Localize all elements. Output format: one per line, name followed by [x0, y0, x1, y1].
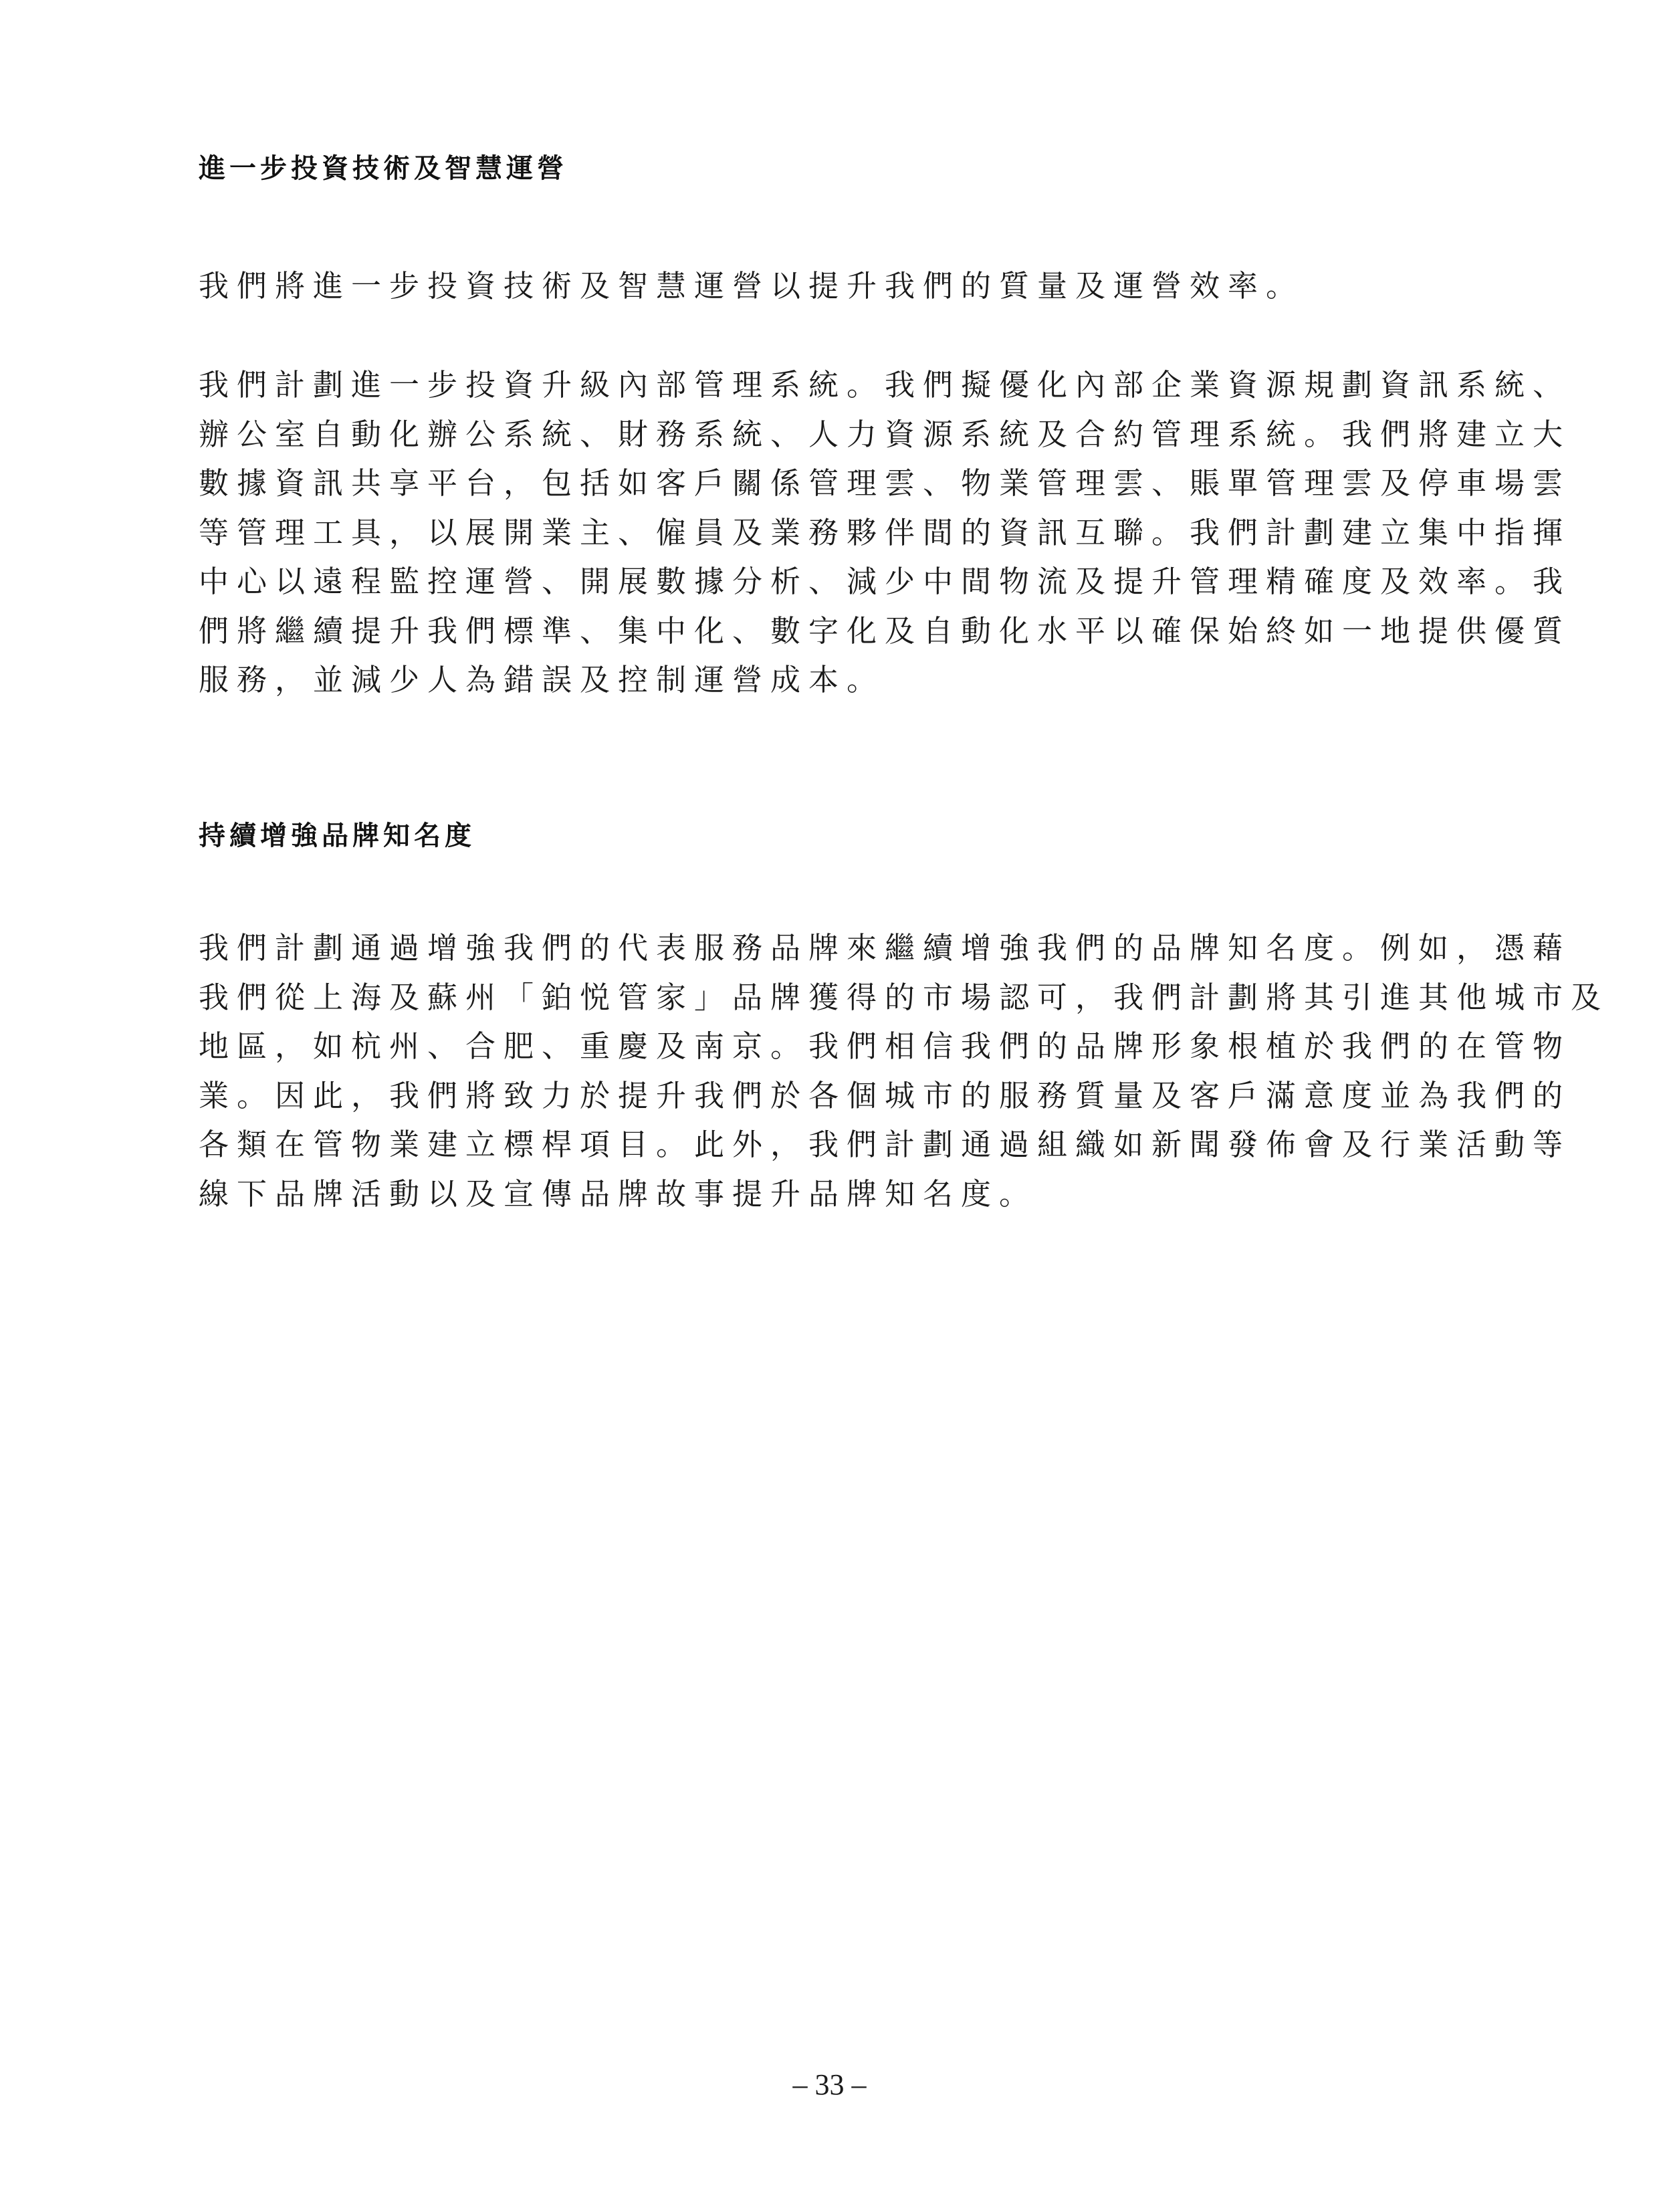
text-line: 我們從上海及蘇州「鉑悦管家」品牌獲得的市場認可，我們計劃將其引進其他城市及 — [199, 974, 1472, 1023]
paragraph-brand: 我們計劃通過增強我們的代表服務品牌來繼續增強我們的品牌知名度。例如，憑藉 我們從… — [199, 924, 1472, 1219]
paragraph-systems: 我們計劃進一步投資升級內部管理系統。我們擬優化內部企業資源規劃資訊系統、 辦公室… — [199, 361, 1472, 705]
text-line: 我們計劃通過增強我們的代表服務品牌來繼續增強我們的品牌知名度。例如，憑藉 — [199, 924, 1472, 974]
text-line: 地區，如杭州、合肥、重慶及南京。我們相信我們的品牌形象根植於我們的在管物 — [199, 1022, 1472, 1072]
text-line: 們將繼續提升我們標準、集中化、數字化及自動化水平以確保始終如一地提供優質 — [199, 607, 1472, 657]
text-line: 等管理工具，以展開業主、僱員及業務夥伴間的資訊互聯。我們計劃建立集中指揮 — [199, 509, 1472, 558]
text-line: 數據資訊共享平台，包括如客戶關係管理雲、物業管理雲、賬單管理雲及停車場雲 — [199, 459, 1472, 509]
paragraph-intro: 我們將進一步投資技術及智慧運營以提升我們的質量及運營效率。 — [199, 262, 1472, 312]
text-line: 我們計劃進一步投資升級內部管理系統。我們擬優化內部企業資源規劃資訊系統、 — [199, 361, 1472, 411]
text-line: 辦公室自動化辦公系統、財務系統、人力資源系統及合約管理系統。我們將建立大 — [199, 411, 1472, 460]
text-line: 業。因此，我們將致力於提升我們於各個城市的服務質量及客戶滿意度並為我們的 — [199, 1072, 1472, 1121]
page-number: – 33 – — [0, 2068, 1659, 2102]
text-line: 我們將進一步投資技術及智慧運營以提升我們的質量及運營效率。 — [199, 262, 1472, 312]
section-heading-technology: 進一步投資技術及智慧運營 — [199, 152, 568, 185]
section-heading-brand: 持續增強品牌知名度 — [199, 820, 475, 852]
text-line: 線下品牌活動以及宣傳品牌故事提升品牌知名度。 — [199, 1170, 1472, 1220]
text-line: 服務，並減少人為錯誤及控制運營成本。 — [199, 656, 1472, 705]
text-line: 各類在管物業建立標桿項目。此外，我們計劃通過組織如新聞發佈會及行業活動等 — [199, 1121, 1472, 1170]
text-line: 中心以遠程監控運營、開展數據分析、減少中間物流及提升管理精確度及效率。我 — [199, 558, 1472, 607]
